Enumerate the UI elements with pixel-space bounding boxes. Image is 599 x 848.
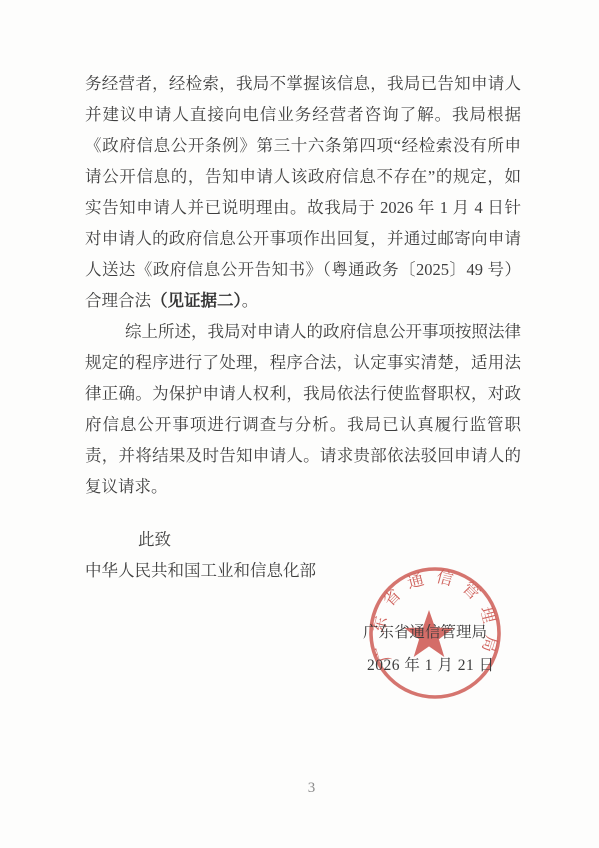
document-page: 务经营者，经检索，我局不掌握该信息，我局已告知申请人并建议申请人直接向电信业务经… bbox=[0, 0, 599, 848]
document-body: 务经营者，经检索，我局不掌握该信息，我局已告知申请人并建议申请人直接向电信业务经… bbox=[85, 68, 521, 586]
signature-agency: 广东省通信管理局 bbox=[363, 616, 495, 649]
page-number: 3 bbox=[12, 780, 599, 797]
paragraph-1-text: 务经营者，经检索，我局不掌握该信息，我局已告知申请人并建议申请人直接向电信业务经… bbox=[85, 74, 521, 310]
evidence-reference-bold: （见证据二） bbox=[151, 291, 242, 310]
signature-date: 2026 年 1 月 21 日 bbox=[363, 649, 495, 682]
paragraph-2: 综上所述，我局对申请人的政府信息公开事项按照法律规定的程序进行了处理，程序合法，… bbox=[85, 316, 521, 502]
paragraph-1-period: 。 bbox=[242, 291, 259, 310]
paragraph-1: 务经营者，经检索，我局不掌握该信息，我局已告知申请人并建议申请人直接向电信业务经… bbox=[85, 68, 521, 316]
signature-block: 广东省通信管理局 2026 年 1 月 21 日 bbox=[363, 616, 495, 682]
salutation: 此致 bbox=[85, 524, 521, 555]
